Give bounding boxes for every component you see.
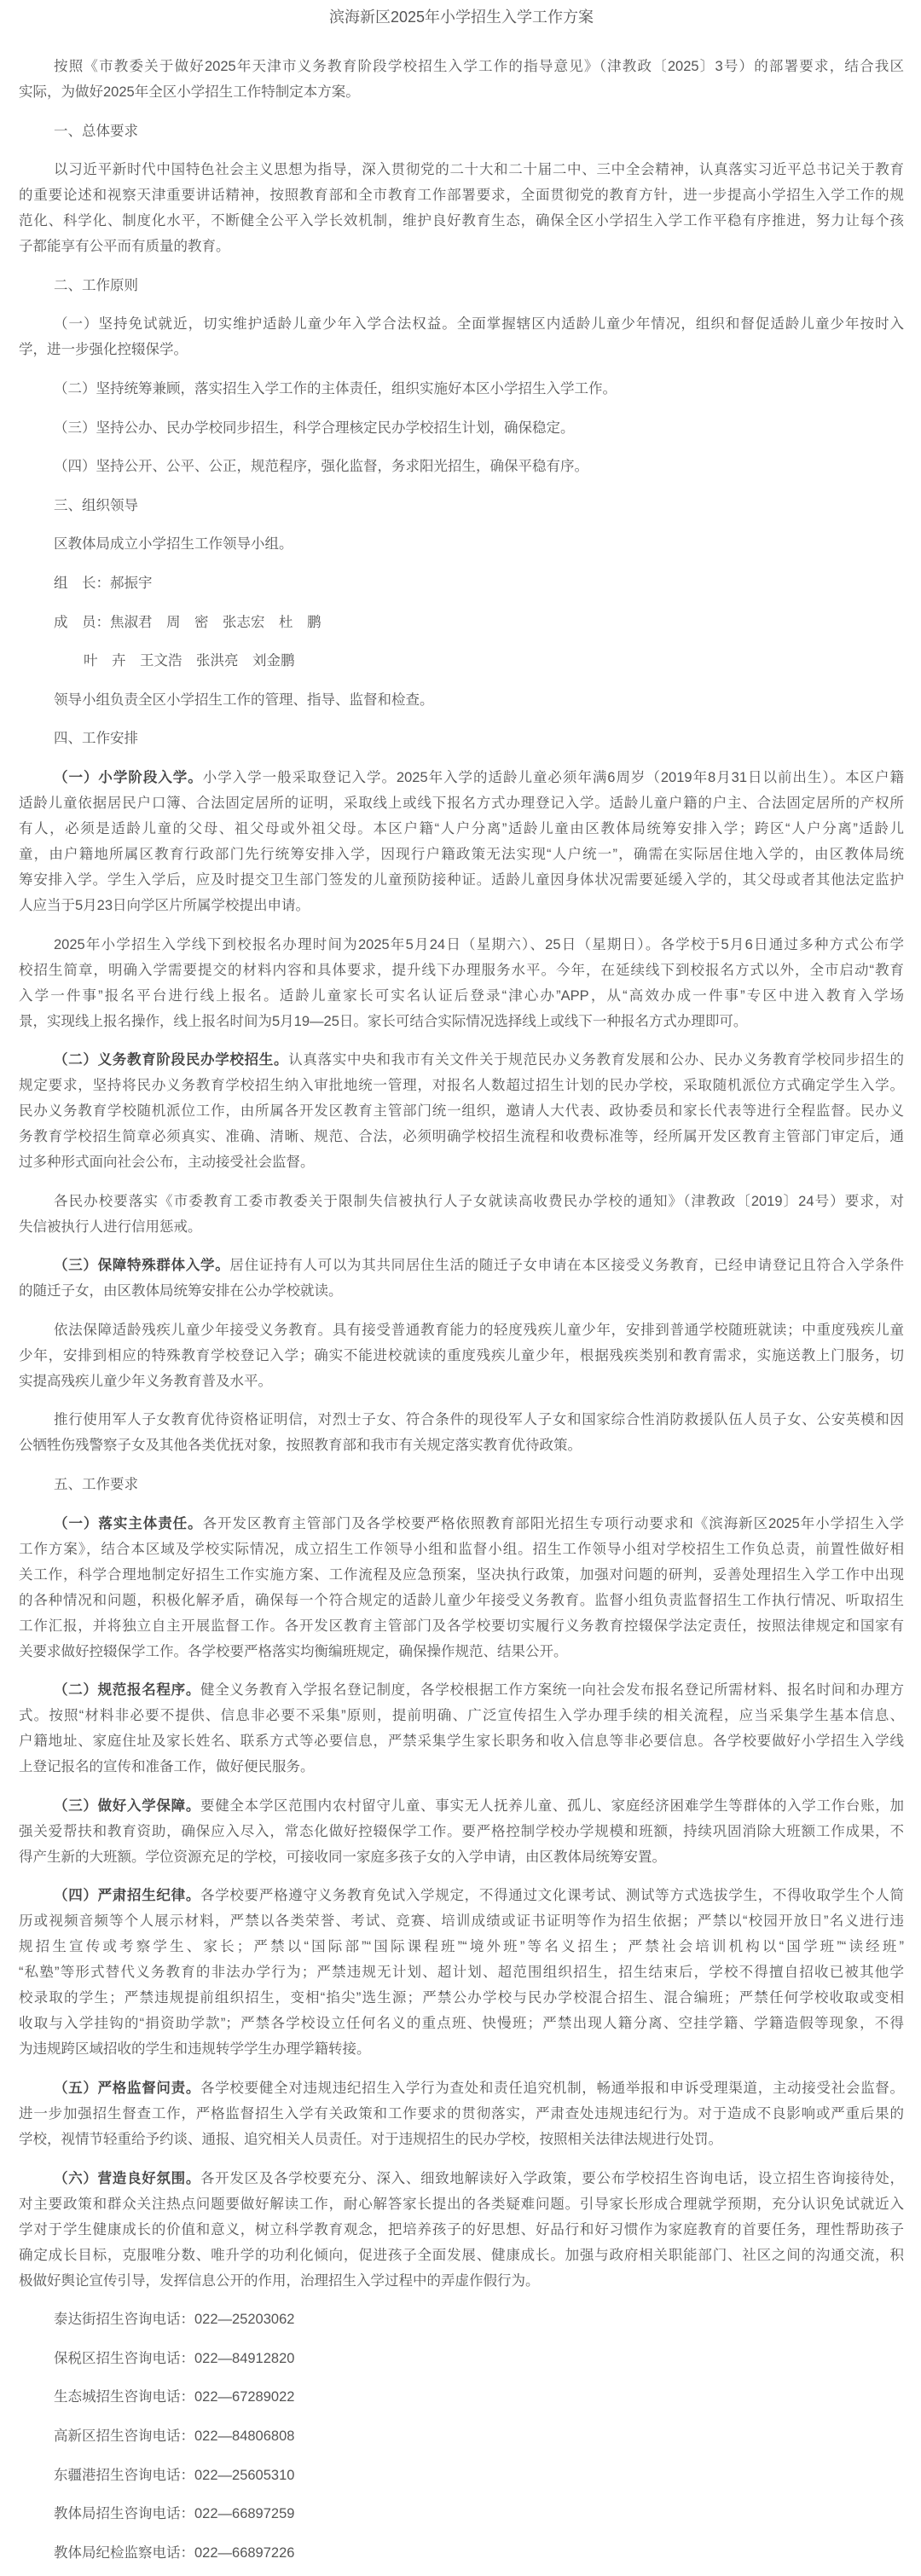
lead-heading: （四）严肃招生纪律。 [54, 1888, 200, 1903]
paragraph-line: 按照《市教委关于做好2025年天津市义务教育阶段学校招生入学工作的指导意见》（津… [19, 54, 904, 79]
paragraph-text: 各开发区及各学校要充分、深入、细致地解读好入学政策，要公布学校招生咨询电话，设立… [200, 2171, 904, 2186]
paragraph-line: （一）落实主体责任。各开发区教育主管部门及各学校要严格依照教育部阳光招生专项行动… [19, 1511, 904, 1537]
contact-row-eco-city: 生态城招生咨询电话：022—67289022 [19, 2384, 904, 2410]
paragraph-line: 收取与入学挂钩的“捐资助学款”；严禁各学校设立任何名义的重点班、快慢班；严禁出现… [19, 2011, 904, 2036]
paragraph-text: 各开发区教育主管部门及各学校要严格依照教育部阳光招生专项行动要求和《滨海新区20… [203, 1516, 904, 1531]
paragraph-line: 务教育学校招生简章必须真实、准确、清晰、规范、合法，必须明确学校招生流程和收费标… [19, 1124, 904, 1149]
contact-label: 东疆港招生咨询电话： [54, 2468, 194, 2483]
paragraph-line: 工作方案》，结合本区域及学校实际情况，成立招生工作领导小组和监督小组。招生工作领… [19, 1537, 904, 1562]
section-heading-organization: 三、组织领导 [19, 493, 904, 518]
paragraph-text: 居住证持有人可以为其共同居住生活的随迁子女申请在本区接受义务教育，已经申请登记且… [229, 1258, 904, 1273]
paragraph-line: 2025年小学招生入学线下到校报名办理时间为2025年5月24日（星期六）、25… [19, 932, 904, 958]
paragraph-line: 各民办校要落实《市委教育工委市教委关于限制失信被执行人子女就读高收费民办学校的通… [19, 1189, 904, 1214]
paragraph-line: 实际，为做好2025年全区小学招生工作特制定本方案。 [19, 79, 904, 105]
paragraph-line: 叶 卉 王文浩 张洪亮 刘金鹏 [19, 648, 904, 674]
members-line-continued: 叶 卉 王文浩 张洪亮 刘金鹏 [19, 648, 904, 674]
paragraph-line: 有人，必须是适龄儿童的父母、祖父母或外祖父母。本区户籍“人户分离”适龄儿童由区教… [19, 816, 904, 842]
contact-line: 泰达街招生咨询电话：022—25203062 [19, 2307, 904, 2332]
section-heading: 四、工作安排 [19, 726, 904, 751]
contact-phone: 022—84806808 [194, 2428, 294, 2444]
paragraph-line: （一）小学阶段入学。小学入学一般采取登记入学。2025年入学的适龄儿童必须年满6… [19, 765, 904, 790]
contact-phone: 022—67289022 [194, 2389, 294, 2405]
paragraph-line: 筹安排入学。学生入学后，应及时提交卫生部门签发的儿童预防接种证。适龄儿童因身体状… [19, 867, 904, 893]
paragraph-line: 进一步加强招生督查工作，严格监督招生入学有关政策和工作要求的贯彻落实，严肃查处违… [19, 2101, 904, 2127]
paragraph-line: （六）营造良好氛围。各开发区及各学校要充分、深入、细致地解读好入学政策，要公布学… [19, 2166, 904, 2191]
paragraph-line: 关工作，科学合理地制定好招生工作实施方案、工作流程及应急预案，坚决执行政策，加强… [19, 1562, 904, 1588]
contact-row-education-bureau: 教体局招生咨询电话：022—66897259 [19, 2501, 904, 2527]
contact-line: 保税区招生咨询电话：022—84912820 [19, 2346, 904, 2371]
paragraph-line: 历或视频音频等个人展示材料，严禁以各类荣誉、考试、竞赛、培训成绩或证书证明等作为… [19, 1908, 904, 1934]
paragraph-special-groups: （三）保障特殊群体入学。居住证持有人可以为其共同居住生活的随迁子女申请在本区接受… [19, 1253, 904, 1304]
paragraph-line: 区教体局成立小学招生工作领导小组。 [19, 531, 904, 557]
members-line: 成 员：焦淑君 周 密 张志宏 杜 鹏 [19, 610, 904, 635]
contact-label: 高新区招生咨询电话： [54, 2428, 194, 2444]
contact-phone: 022—84912820 [194, 2351, 294, 2366]
paragraph-line: 失信被执行人进行信用惩戒。 [19, 1214, 904, 1240]
paragraph-line: 对主要政策和群众关注热点问题要做好解读工作，耐心解答家长提出的各类疑难问题。引导… [19, 2191, 904, 2217]
contact-line: 教体局纪检监察电话：022—66897226 [19, 2540, 904, 2566]
paragraph: 领导小组负责全区小学招生工作的管理、指导、监督和检查。 [19, 687, 904, 713]
paragraph: 依法保障适龄残疾儿童少年接受义务教育。具有接受普通教育能力的轻度残疾儿童少年，安… [19, 1317, 904, 1394]
section-heading-work-requirements: 五、工作要求 [19, 1472, 904, 1497]
paragraph-line: 组 长：郝振宇 [19, 570, 904, 596]
paragraph-line: （二）义务教育阶段民办学校招生。认真落实中央和我市有关文件关于规范民办义务教育发… [19, 1047, 904, 1073]
contact-line: 东疆港招生咨询电话：022—25605310 [19, 2463, 904, 2488]
contact-line: 高新区招生咨询电话：022—84806808 [19, 2423, 904, 2449]
paragraph-enrollment-discipline: （四）严肃招生纪律。各学校要严格遵守义务教育免试入学规定，不得通过文化课考试、测… [19, 1883, 904, 2062]
paragraph-line: 极做好舆论宣传引导，发挥信息公开的作用，治理招生入学过程中的弄虚作假行为。 [19, 2268, 904, 2294]
paragraph-supervision-accountability: （五）严格监督问责。各学校要健全对违规违纪招生入学行为查处和责任追究机制，畅通举… [19, 2075, 904, 2152]
lead-heading: （五）严格监督问责。 [54, 2081, 200, 2096]
section-heading: 二、工作原则 [19, 273, 904, 298]
paragraph-line: 推行使用军人子女教育优待资格证明信，对烈士子女、符合条件的现役军人子女和国家综合… [19, 1407, 904, 1433]
section-heading-work-principles: 二、工作原则 [19, 273, 904, 298]
paragraph-line: 式。按照“材料非必要不提供、信息非必要不采集”原则，提前明确、广泛宣传招生入学办… [19, 1703, 904, 1728]
paragraph-line: “私塾”等形式替代义务教育的非法办学行为；严禁违规无计划、超计划、超范围组织招生… [19, 1959, 904, 1985]
intro-paragraph: 按照《市教委关于做好2025年天津市义务教育阶段学校招生入学工作的指导意见》（津… [19, 54, 904, 105]
paragraph-line: 的重要论述和视察天津重要讲话精神，按照教育部和全市教育工作部署要求，全面贯彻党的… [19, 182, 904, 208]
paragraph-line: 学校，视情节轻重给予约谈、通报、追究相关人员责任。对于违规招生的民办学校，按照相… [19, 2127, 904, 2152]
lead-heading: （一）落实主体责任。 [54, 1516, 203, 1531]
paragraph-line: 实提高残疾儿童少年义务教育普及水平。 [19, 1369, 904, 1394]
paragraph-line: 的各种情况和问题，积极化解矛盾，确保每一个符合规定的适龄儿童少年接受义务教育。监… [19, 1588, 904, 1613]
contact-phone: 022—25203062 [194, 2312, 294, 2327]
paragraph-line: 适龄儿童依据居民户口簿、合法固定居所的证明，采取线上或线下报名方式办理登记入学。… [19, 790, 904, 816]
section-heading-work-arrangements: 四、工作安排 [19, 726, 904, 751]
paragraph-line: （三）保障特殊群体入学。居住证持有人可以为其共同居住生活的随迁子女申请在本区接受… [19, 1253, 904, 1278]
paragraph-text: 各学校要严格遵守义务教育免试入学规定，不得通过文化课考试、测试等方式选拔学生，不… [200, 1888, 904, 1903]
paragraph-line: 规招生宣传或考察学生、家长；严禁以“国际部”“国际课程班”“境外班”等名义招生；… [19, 1934, 904, 1959]
paragraph-line: 人应当于5月23日向学区片所属学校提出申请。 [19, 893, 904, 918]
paragraph-line: （五）严格监督问责。各学校要健全对违规违纪招生入学行为查处和责任追究机制，畅通举… [19, 2075, 904, 2101]
lead-heading: （二）义务教育阶段民办学校招生。 [54, 1052, 288, 1068]
paragraph-text: 健全义务教育入学报名登记制度，各学校根据工作方案统一向社会发布报名登记所需材料、… [200, 1682, 904, 1698]
paragraph-line: 民办义务教育学校随机派位工作，由所属各开发区教育主管部门统一组织，邀请人大代表、… [19, 1098, 904, 1124]
paragraph-line: 关要求做好控辍保学工作。各学校要严格落实均衡编班规定，确保操作规范、结果公开。 [19, 1639, 904, 1664]
paragraph-line: （三）坚持公办、民办学校同步招生，科学合理核定民办学校招生计划，确保稳定。 [19, 415, 904, 441]
paragraph-line: （二）规范报名程序。健全义务教育入学报名登记制度，各学校根据工作方案统一向社会发… [19, 1677, 904, 1703]
paragraph-line: （一）坚持免试就近，切实维护适龄儿童少年入学合法权益。全面掌握辖区内适龄儿童少年… [19, 311, 904, 337]
document-page: 滨海新区2025年小学招生入学工作方案 按照《市教委关于做好2025年天津市义务… [0, 0, 921, 2576]
contact-phone: 022—25605310 [194, 2468, 294, 2483]
paragraph-good-atmosphere: （六）营造良好氛围。各开发区及各学校要充分、深入、细致地解读好入学政策，要公布学… [19, 2166, 904, 2294]
paragraph-line: 范化、科学化、制度化水平，不断健全公平入学长效机制，维护良好教育生态，确保全区小… [19, 208, 904, 234]
paragraph-line: 的随迁子女，由区教体局统筹安排在公办学校就读。 [19, 1278, 904, 1304]
contact-phone: 022—66897259 [194, 2506, 294, 2521]
paragraph-line: 成 员：焦淑君 周 密 张志宏 杜 鹏 [19, 610, 904, 635]
paragraph-line: 强关爱帮扶和教育资助，确保应入尽入，常态化做好控辍保学工作。要严格控制学校办学规… [19, 1819, 904, 1844]
section-heading-general-requirements: 一、总体要求 [19, 119, 904, 144]
contact-row-teda: 泰达街招生咨询电话：022—25203062 [19, 2307, 904, 2332]
paragraph-text: 认真落实中央和我市有关文件关于规范民办义务教育发展和公办、民办义务教育学校同步招… [288, 1052, 904, 1068]
paragraph: （三）坚持公办、民办学校同步招生，科学合理核定民办学校招生计划，确保稳定。 [19, 415, 904, 441]
paragraph-primary-enrollment: （一）小学阶段入学。小学入学一般采取登记入学。2025年入学的适龄儿童必须年满6… [19, 765, 904, 918]
paragraph-line: （二）坚持统筹兼顾，落实招生入学工作的主体责任，组织实施好本区小学招生入学工作。 [19, 376, 904, 402]
paragraph: （四）坚持公开、公平、公正，规范程序，强化监督，务求阳光招生，确保平稳有序。 [19, 454, 904, 479]
paragraph-registration-procedure: （二）规范报名程序。健全义务教育入学报名登记制度，各学校根据工作方案统一向社会发… [19, 1677, 904, 1780]
paragraph-registration-time: 2025年小学招生入学线下到校报名办理时间为2025年5月24日（星期六）、25… [19, 932, 904, 1034]
contact-row-discipline-inspection: 教体局纪检监察电话：022—66897226 [19, 2540, 904, 2566]
paragraph-line: 童，由户籍地所属区教育行政部门先行统筹安排入学，因现行户籍政策无法实现“人户统一… [19, 842, 904, 867]
paragraph-line: 依法保障适龄残疾儿童少年接受义务教育。具有接受普通教育能力的轻度残疾儿童少年，安… [19, 1317, 904, 1343]
document-title: 滨海新区2025年小学招生入学工作方案 [19, 4, 904, 30]
paragraph: （二）坚持统筹兼顾，落实招生入学工作的主体责任，组织实施好本区小学招生入学工作。 [19, 376, 904, 402]
contact-label: 泰达街招生咨询电话： [54, 2312, 194, 2327]
paragraph-private-schools: （二）义务教育阶段民办学校招生。认真落实中央和我市有关文件关于规范民办义务教育发… [19, 1047, 904, 1175]
paragraph-main-responsibility: （一）落实主体责任。各开发区教育主管部门及各学校要严格依照教育部阳光招生专项行动… [19, 1511, 904, 1664]
section-heading: 一、总体要求 [19, 119, 904, 144]
paragraph-text: 各学校要健全对违规违纪招生入学行为查处和责任追究机制，畅通举报和申诉受理渠道，主… [200, 2081, 904, 2096]
contact-label: 教体局纪检监察电话： [54, 2545, 194, 2561]
contact-line: 教体局招生咨询电话：022—66897259 [19, 2501, 904, 2527]
contact-phone: 022—66897226 [194, 2545, 294, 2561]
paragraph-line: 学对于学生健康成长的价值和意义，树立科学教育观念，把培养孩子的好思想、好品行和好… [19, 2217, 904, 2243]
paragraph-line: 领导小组负责全区小学招生工作的管理、指导、监督和检查。 [19, 687, 904, 713]
paragraph-line: （四）严肃招生纪律。各学校要严格遵守义务教育免试入学规定，不得通过文化课考试、测… [19, 1883, 904, 1908]
paragraph-text: 小学入学一般采取登记入学。2025年入学的适龄儿童必须年满6周岁（2019年8月… [203, 770, 904, 785]
lead-heading: （六）营造良好氛围。 [54, 2171, 200, 2186]
paragraph-line: 以习近平新时代中国特色社会主义思想为指导，深入贯彻党的二十大和二十届二中、三中全… [19, 157, 904, 182]
article-body: 滨海新区2025年小学招生入学工作方案 按照《市教委关于做好2025年天津市义务… [19, 4, 904, 2576]
paragraph: 推行使用军人子女教育优待资格证明信，对烈士子女、符合条件的现役军人子女和国家综合… [19, 1407, 904, 1458]
paragraph-line: 子都能享有公平而有质量的教育。 [19, 234, 904, 259]
paragraph-line: 规定要求，坚持将民办义务教育学校招生纳入审批地统一管理，对报名人数超过招生计划的… [19, 1073, 904, 1098]
paragraph-line: 校录取的学生；严禁违规提前组织招生，变相“掐尖”选生源；严禁公办学校与民办学校混… [19, 1985, 904, 2011]
paragraph-line: 为违规跨区域招收的学生和违规转学学生办理学籍转接。 [19, 2036, 904, 2062]
paragraph-line: 过多种形式面向社会公布，主动接受社会监督。 [19, 1149, 904, 1175]
contact-label: 生态城招生咨询电话： [54, 2389, 194, 2405]
paragraph-line: 校招生简章，明确入学需要提交的材料内容和具体要求，提升线下办理服务水平。今年，在… [19, 958, 904, 983]
paragraph-line: （四）坚持公开、公平、公正，规范程序，强化监督，务求阳光招生，确保平稳有序。 [19, 454, 904, 479]
paragraph-line: 上登记报名的宣传和准备工作，做好便民服务。 [19, 1754, 904, 1780]
paragraph-line: 景，实现线上报名操作，线上报名时间为5月19—25日。家长可结合实际情况选择线上… [19, 1009, 904, 1034]
contact-row-bonded-zone: 保税区招生咨询电话：022—84912820 [19, 2346, 904, 2371]
paragraph: 以习近平新时代中国特色社会主义思想为指导，深入贯彻党的二十大和二十届二中、三中全… [19, 157, 904, 259]
contact-line: 生态城招生咨询电话：022—67289022 [19, 2384, 904, 2410]
paragraph-text: 要健全本学区范围内农村留守儿童、事实无人抚养儿童、孤儿、家庭经济困难学生等群体的… [200, 1798, 904, 1814]
leader-line: 组 长：郝振宇 [19, 570, 904, 596]
lead-heading: （二）规范报名程序。 [54, 1682, 200, 1698]
paragraph-line: 学，进一步强化控辍保学。 [19, 337, 904, 362]
paragraph-line: （三）做好入学保障。要健全本学区范围内农村留守儿童、事实无人抚养儿童、孤儿、家庭… [19, 1793, 904, 1819]
contact-label: 教体局招生咨询电话： [54, 2506, 194, 2521]
paragraph: 各民办校要落实《市委教育工委市教委关于限制失信被执行人子女就读高收费民办学校的通… [19, 1189, 904, 1240]
section-heading: 三、组织领导 [19, 493, 904, 518]
paragraph-line: 确定成长目标，克服唯分数、唯升学的功利化倾向，促进孩子全面发展、健康成长。加强与… [19, 2243, 904, 2268]
paragraph-enrollment-guarantee: （三）做好入学保障。要健全本学区范围内农村留守儿童、事实无人抚养儿童、孤儿、家庭… [19, 1793, 904, 1870]
paragraph: （一）坚持免试就近，切实维护适龄儿童少年入学合法权益。全面掌握辖区内适龄儿童少年… [19, 311, 904, 362]
lead-heading: （一）小学阶段入学。 [54, 770, 203, 785]
paragraph-line: 户籍地址、家庭住址及家长姓名、联系方式等必要信息，严禁采集学生家长职务和收入信息… [19, 1728, 904, 1754]
paragraph-line: 少年，安排到相应的特殊教育学校登记入学；确实不能进校就读的重度残疾儿童少年，根据… [19, 1343, 904, 1369]
section-heading: 五、工作要求 [19, 1472, 904, 1497]
paragraph: 区教体局成立小学招生工作领导小组。 [19, 531, 904, 557]
paragraph-line: 公牺牲伤残警察子女及其他各类优抚对象，按照教育部和我市有关规定落实教育优待政策。 [19, 1433, 904, 1458]
contact-row-high-tech-zone: 高新区招生咨询电话：022—84806808 [19, 2423, 904, 2449]
paragraph-line: 入学一件事”报名平台进行线上报名。适龄儿童家长可实名认证后登录“津心办”APP，… [19, 983, 904, 1009]
lead-heading: （三）保障特殊群体入学。 [54, 1258, 229, 1273]
paragraph-line: 工作汇报，并将独立自主开展监督工作。各开发区教育主管部门及各学校要切实履行义务教… [19, 1613, 904, 1639]
paragraph-line: 得产生新的大班额。学位资源充足的学校，可接收同一家庭多孩子女的入学申请，由区教体… [19, 1844, 904, 1870]
lead-heading: （三）做好入学保障。 [54, 1798, 200, 1814]
contact-label: 保税区招生咨询电话： [54, 2351, 194, 2366]
contact-row-dongjiang-port: 东疆港招生咨询电话：022—25605310 [19, 2463, 904, 2488]
